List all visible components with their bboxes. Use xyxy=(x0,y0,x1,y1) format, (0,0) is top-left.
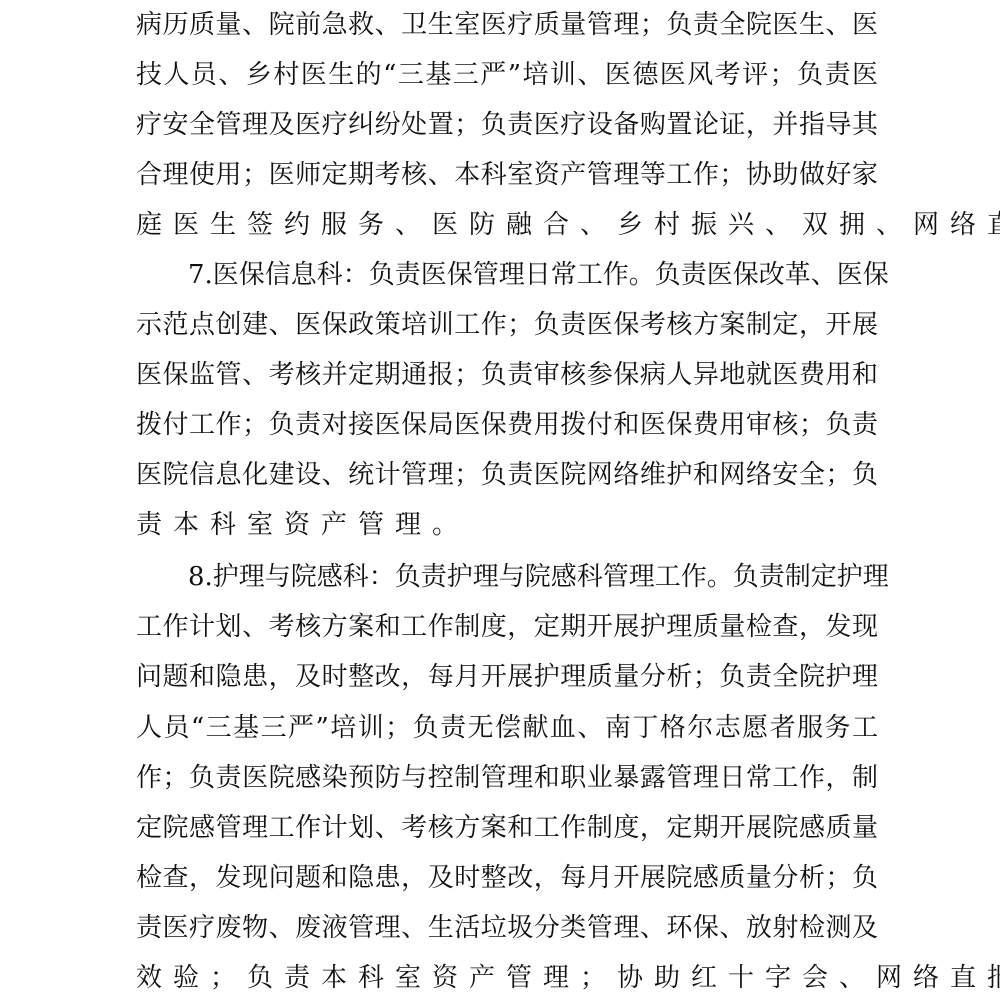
section-8-heading-line: 8.护理与院感科：负责护理与院感科管理工作。负责制定护理 xyxy=(188,552,878,602)
text-line: 拨付工作；负责对接医保局医保费用拨付和医保费用审核；负责 xyxy=(136,400,878,450)
text-line: 合理使用；医师定期考核、本科室资产管理等工作；协助做好家 xyxy=(136,150,878,200)
text-line: 效验；负责本科室资产管理；协助红十字会、网络直报工作。 xyxy=(136,953,878,1003)
text-line: 责本科室资产管理。 xyxy=(136,500,878,550)
text-line: 检查，发现问题和隐患，及时整改，每月开展院感质量分析；负 xyxy=(136,853,878,903)
text-line: 庭医生签约服务、医防融合、乡村振兴、双拥、网络直报工作。 xyxy=(136,200,878,250)
text-line: 病历质量、院前急救、卫生室医疗质量管理；负责全院医生、医 xyxy=(136,0,878,50)
text-line: 责医疗废物、废液管理、生活垃圾分类管理、环保、放射检测及 xyxy=(136,903,878,953)
text-line: 作；负责医院感染预防与控制管理和职业暴露管理日常工作，制 xyxy=(136,753,878,803)
text-line: 示范点创建、医保政策培训工作；负责医保考核方案制定，开展 xyxy=(136,300,878,350)
section-7-heading-line: 7.医保信息科：负责医保管理日常工作。负责医保改革、医保 xyxy=(188,250,878,300)
text-line: 人员“三基三严”培训；负责无偿献血、南丁格尔志愿者服务工 xyxy=(136,703,878,753)
text-line: 医保监管、考核并定期通报；负责审核参保病人异地就医费用和 xyxy=(136,350,878,400)
text-line: 问题和隐患，及时整改，每月开展护理质量分析；负责全院护理 xyxy=(136,652,878,702)
text-line: 技人员、乡村医生的“三基三严”培训、医德医风考评；负责医 xyxy=(136,50,878,100)
text-line: 工作计划、考核方案和工作制度，定期开展护理质量检查，发现 xyxy=(136,602,878,652)
text-line: 疗安全管理及医疗纠纷处置；负责医疗设备购置论证，并指导其 xyxy=(136,100,878,150)
text-line: 定院感管理工作计划、考核方案和工作制度，定期开展院感质量 xyxy=(136,803,878,853)
text-line: 医院信息化建设、统计管理；负责医院网络维护和网络安全；负 xyxy=(136,450,878,500)
